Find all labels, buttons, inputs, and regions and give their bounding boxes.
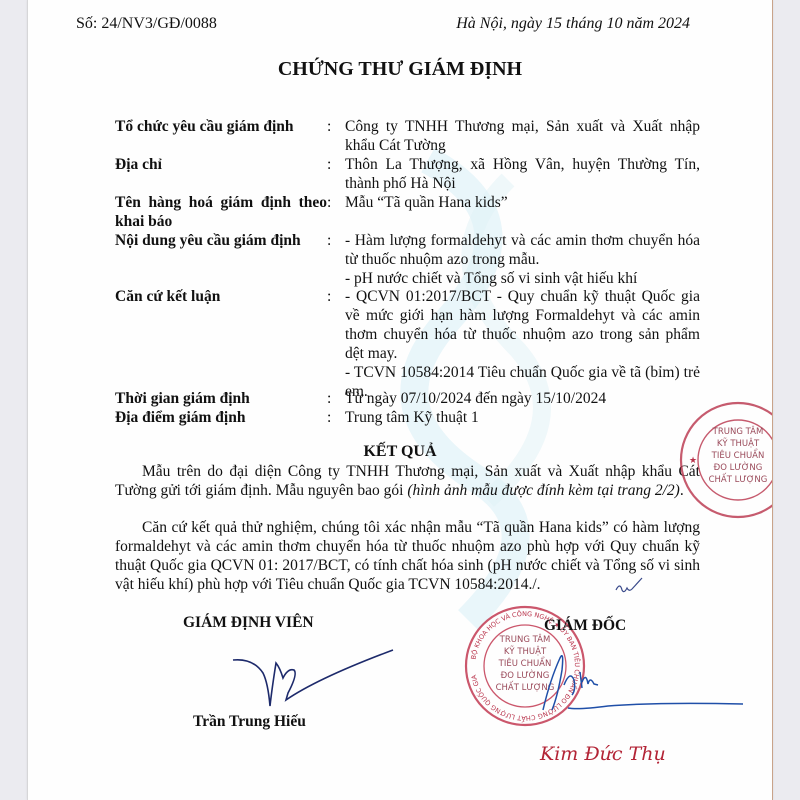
director-name: Kim Đức Thụ — [540, 743, 666, 765]
svg-text:KỸ THUẬT: KỸ THUẬT — [717, 437, 760, 449]
svg-text:TRUNG TÂM: TRUNG TÂM — [712, 425, 764, 437]
info-label: Địa điểm giám định — [115, 408, 327, 427]
info-value-line: Thôn La Thượng, xã Hồng Vân, huyện Thườn… — [345, 155, 700, 193]
info-colon: : — [327, 287, 345, 401]
certificate-page: Số: 24/NV3/GĐ/0088 Hà Nội, ngày 15 tháng… — [27, 0, 773, 800]
info-value-line: Mẫu “Tã quần Hana kids” — [345, 193, 700, 212]
info-value-line: - Hàm lượng formaldehyt và các amin thơm… — [345, 231, 700, 269]
info-colon: : — [327, 193, 345, 231]
result-paragraph-2: Căn cứ kết quả thử nghiệm, chúng tôi xác… — [115, 518, 700, 594]
director-title: GIÁM ĐỐC — [544, 617, 626, 635]
svg-text:TIÊU CHUẨN: TIÊU CHUẨN — [711, 448, 765, 461]
result-heading: KẾT QUẢ — [28, 443, 772, 461]
info-label: Căn cứ kết luận — [115, 287, 327, 401]
place-date: Hà Nội, ngày 15 tháng 10 năm 2024 — [456, 15, 690, 33]
inspector-name: Trần Trung Hiếu — [193, 713, 306, 731]
info-row: Địa điểm giám định:Trung tâm Kỹ thuật 1 — [115, 408, 700, 427]
info-label: Tên hàng hoá giám định theo khai báo — [115, 193, 327, 231]
info-row: Địa chỉ:Thôn La Thượng, xã Hồng Vân, huy… — [115, 155, 700, 193]
document-number: Số: 24/NV3/GĐ/0088 — [76, 15, 217, 33]
info-label: Nội dung yêu cầu giám định — [115, 231, 327, 288]
side-stamp: TRUNG TÂM KỸ THUẬT TIÊU CHUẨN ĐO LƯỜNG C… — [678, 400, 773, 520]
inspector-signature — [228, 648, 398, 718]
info-row: Thời gian giám định:Từ ngày 07/10/2024 đ… — [115, 389, 700, 408]
info-value: Công ty TNHH Thương mại, Sản xuất và Xuấ… — [345, 117, 700, 155]
inspector-title: GIÁM ĐỊNH VIÊN — [183, 614, 314, 632]
svg-text:★: ★ — [689, 456, 697, 466]
info-row: Tổ chức yêu cầu giám định:Công ty TNHH T… — [115, 117, 700, 155]
info-label: Thời gian giám định — [115, 389, 327, 408]
info-colon: : — [327, 389, 345, 408]
info-colon: : — [327, 231, 345, 288]
info-colon: : — [327, 155, 345, 193]
info-row: Tên hàng hoá giám định theo khai báo:Mẫu… — [115, 193, 700, 231]
director-signature — [528, 640, 748, 730]
svg-text:ĐO LƯỜNG: ĐO LƯỜNG — [714, 461, 763, 473]
document-title: CHỨNG THƯ GIÁM ĐỊNH — [28, 58, 772, 81]
info-value: - Hàm lượng formaldehyt và các amin thơm… — [345, 231, 700, 288]
info-value-line: Từ ngày 07/10/2024 đến ngày 15/10/2024 — [345, 389, 700, 408]
info-value: Mẫu “Tã quần Hana kids” — [345, 193, 700, 231]
info-value: Trung tâm Kỹ thuật 1 — [345, 408, 700, 427]
result-paragraph-2-text: Căn cứ kết quả thử nghiệm, chúng tôi xác… — [115, 519, 700, 593]
info-row: Nội dung yêu cầu giám định:- Hàm lượng f… — [115, 231, 700, 288]
result-paragraph-1: Mẫu trên do đại diện Công ty TNHH Thương… — [115, 462, 700, 500]
info-colon: : — [327, 408, 345, 427]
info-label: Tổ chức yêu cầu giám định — [115, 117, 327, 155]
info-value: Từ ngày 07/10/2024 đến ngày 15/10/2024 — [345, 389, 700, 408]
initials-mark — [614, 576, 644, 596]
info-label: Địa chỉ — [115, 155, 327, 193]
info-value-line: Trung tâm Kỹ thuật 1 — [345, 408, 700, 427]
info-row: Căn cứ kết luận:- QCVN 01:2017/BCT - Quy… — [115, 287, 700, 401]
info-value: Thôn La Thượng, xã Hồng Vân, huyện Thườn… — [345, 155, 700, 193]
info-value: - QCVN 01:2017/BCT - Quy chuẩn kỹ thuật … — [345, 287, 700, 401]
result-paragraph-1-italic: (hình ảnh mẫu được đính kèm tại trang 2/… — [407, 482, 679, 499]
info-value-line: Công ty TNHH Thương mại, Sản xuất và Xuấ… — [345, 117, 700, 155]
info-colon: : — [327, 117, 345, 155]
info-value-line: - pH nước chiết và Tổng số vi sinh vật h… — [345, 269, 700, 288]
info-value-line: - QCVN 01:2017/BCT - Quy chuẩn kỹ thuật … — [345, 287, 700, 363]
svg-text:CHẤT LƯỢNG: CHẤT LƯỢNG — [709, 473, 768, 485]
